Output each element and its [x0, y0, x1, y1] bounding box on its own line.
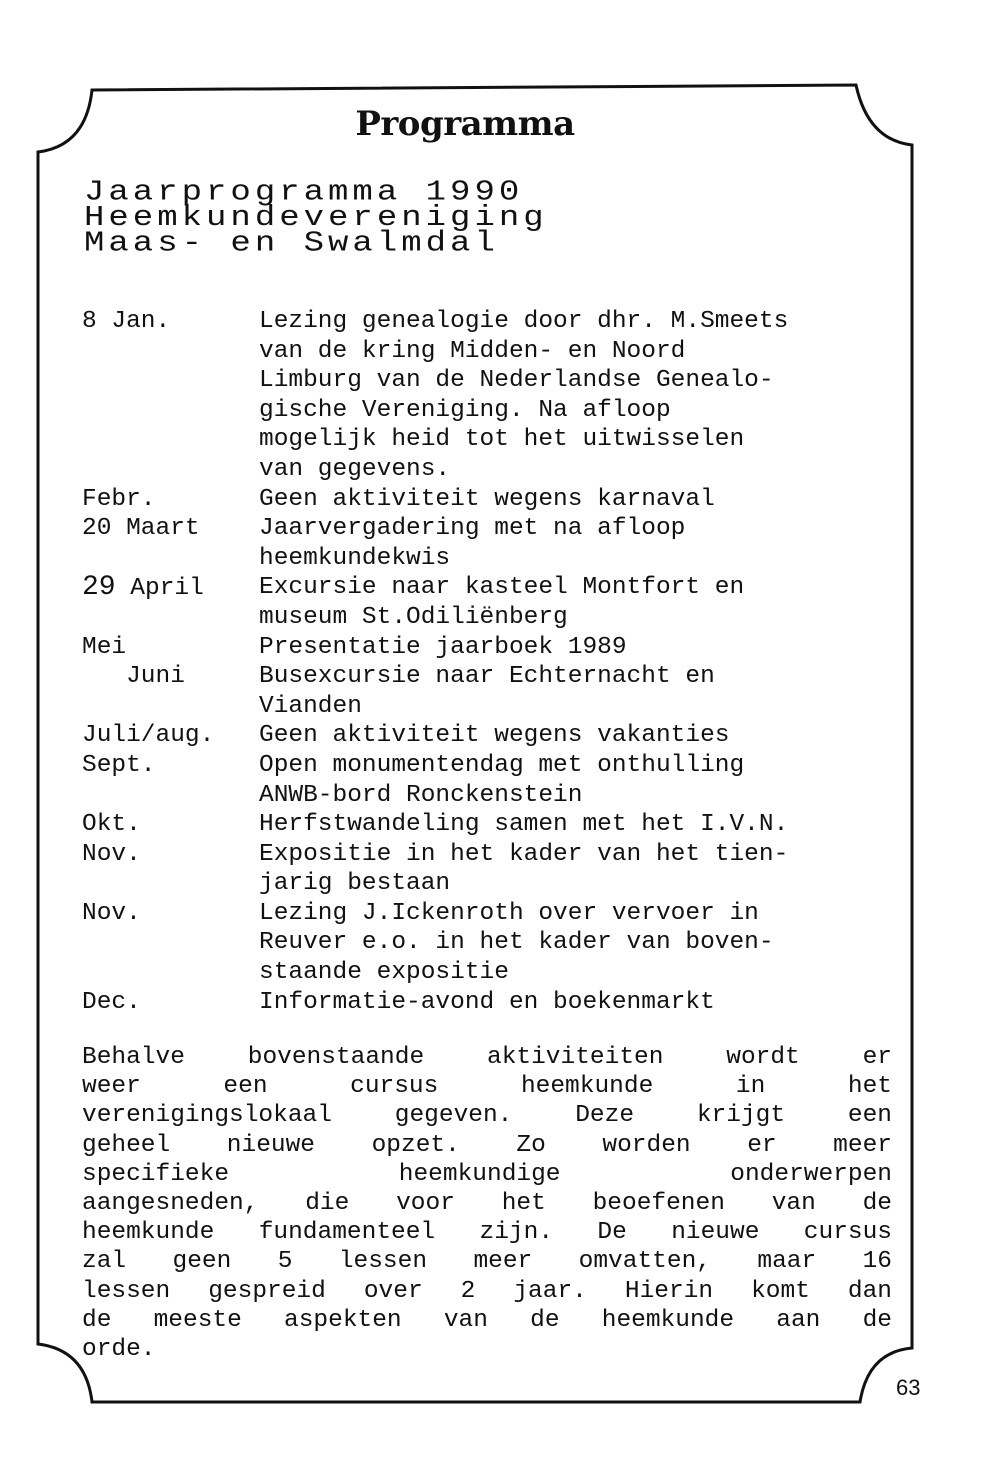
entry-description: Busexcursie naar Echternacht enVianden	[259, 662, 899, 721]
description-line: gische Vereniging. Na afloop	[259, 396, 899, 426]
description-line: Informatie-avond en boekenmarkt	[259, 988, 899, 1018]
description-line: staande expositie	[259, 958, 899, 988]
entry-description: Geen aktiviteit wegens vakanties	[259, 721, 899, 751]
program-entry: Nov.Lezing J.Ickenroth over vervoer inRe…	[82, 899, 899, 988]
entry-date: Nov.	[82, 899, 259, 988]
entry-description: Excursie naar kasteel Montfort enmuseum …	[259, 573, 899, 632]
paragraph-line: specifieke heemkundige onderwerpen	[82, 1160, 892, 1189]
entry-description: Open monumentendag met onthullingANWB-bo…	[259, 751, 899, 810]
entry-date: 20 Maart	[82, 514, 259, 573]
entry-date-text: Nov.	[82, 900, 141, 927]
entry-date: Nov.	[82, 840, 259, 899]
program-entry: 29 AprilExcursie naar kasteel Montfort e…	[82, 573, 899, 632]
entry-description: Presentatie jaarboek 1989	[259, 633, 899, 663]
entry-date: Sept.	[82, 751, 259, 810]
paragraph-line: orde.	[82, 1335, 892, 1364]
program-entry: Sept.Open monumentendag met onthullingAN…	[82, 751, 899, 810]
entry-description: Lezing genealogie door dhr. M.Smeetsvan …	[259, 307, 899, 485]
entry-description: Jaarvergadering met na afloopheemkundekw…	[259, 514, 899, 573]
entry-description: Expositie in het kader van het tien-jari…	[259, 840, 899, 899]
description-line: Geen aktiviteit wegens vakanties	[259, 721, 899, 751]
entry-date-text: Juli/aug.	[82, 722, 214, 749]
description-line: jarig bestaan	[259, 869, 899, 899]
program-entry: Nov.Expositie in het kader van het tien-…	[82, 840, 899, 899]
handwritten-day: 29	[82, 572, 116, 603]
description-line: Lezing genealogie door dhr. M.Smeets	[259, 307, 899, 337]
entry-date-text: Nov.	[82, 841, 141, 868]
description-line: Herfstwandeling samen met het I.V.N.	[259, 810, 899, 840]
course-paragraph: Behalve bovenstaande aktiviteiten wordt …	[82, 1043, 892, 1364]
program-entry: Juli/aug.Geen aktiviteit wegens vakantie…	[82, 721, 899, 751]
paragraph-line: heemkunde fundamenteel zijn. De nieuwe c…	[82, 1218, 892, 1247]
entry-description: Informatie-avond en boekenmarkt	[259, 988, 899, 1018]
entry-date: Juni	[82, 662, 259, 721]
entry-date-text: 20 Maart	[82, 515, 200, 542]
entry-date: Dec.	[82, 988, 259, 1018]
entry-date: Mei	[82, 633, 259, 663]
description-line: Busexcursie naar Echternacht en	[259, 662, 899, 692]
heading-line: Maas- en Swalmdal	[84, 231, 548, 257]
paragraph-line: verenigingslokaal gegeven. Deze krijgt e…	[82, 1101, 892, 1130]
program-entry: Okt.Herfstwandeling samen met het I.V.N.	[82, 810, 899, 840]
entry-date-text: Febr.	[82, 486, 156, 513]
entry-date-text: April	[116, 575, 204, 602]
entry-date: Okt.	[82, 810, 259, 840]
description-line: Expositie in het kader van het tien-	[259, 840, 899, 870]
description-line: ANWB-bord Ronckenstein	[259, 781, 899, 811]
entry-date-text: Dec.	[82, 989, 141, 1016]
entry-date: 8 Jan.	[82, 307, 259, 485]
description-line: museum St.Odiliënberg	[259, 603, 899, 633]
paragraph-line: Behalve bovenstaande aktiviteiten wordt …	[82, 1043, 892, 1072]
description-line: mogelijk heid tot het uitwisselen	[259, 425, 899, 455]
description-line: Limburg van de Nederlandse Genealo-	[259, 366, 899, 396]
paragraph-line: aangesneden, die voor het beoefenen van …	[82, 1189, 892, 1218]
paragraph-line: weer een cursus heemkunde in het	[82, 1072, 892, 1101]
program-entry: 8 Jan.Lezing genealogie door dhr. M.Smee…	[82, 307, 899, 485]
program-list: 8 Jan.Lezing genealogie door dhr. M.Smee…	[82, 307, 899, 1017]
paragraph-line: zal geen 5 lessen meer omvatten, maar 16	[82, 1247, 892, 1276]
entry-date-text: Okt.	[82, 811, 141, 838]
entry-date: Juli/aug.	[82, 721, 259, 751]
program-entry: MeiPresentatie jaarboek 1989	[82, 633, 899, 663]
description-line: Lezing J.Ickenroth over vervoer in	[259, 899, 899, 929]
paragraph-line: geheel nieuwe opzet. Zo worden er meer	[82, 1131, 892, 1160]
description-line: Geen aktiviteit wegens karnaval	[259, 485, 899, 515]
entry-date-text: Sept.	[82, 752, 156, 779]
description-line: van de kring Midden- en Noord	[259, 337, 899, 367]
description-line: Reuver e.o. in het kader van boven-	[259, 928, 899, 958]
description-line: Jaarvergadering met na afloop	[259, 514, 899, 544]
description-line: Open monumentendag met onthulling	[259, 751, 899, 781]
entry-date-text: 8 Jan.	[82, 308, 170, 335]
page-number: 63	[896, 1375, 920, 1401]
entry-date-text: Mei	[82, 634, 126, 661]
description-line: heemkundekwis	[259, 544, 899, 574]
description-line: Vianden	[259, 692, 899, 722]
description-line: Excursie naar kasteel Montfort en	[259, 573, 899, 603]
page-title: Programma	[0, 104, 930, 144]
entry-description: Lezing J.Ickenroth over vervoer inReuver…	[259, 899, 899, 988]
entry-description: Herfstwandeling samen met het I.V.N.	[259, 810, 899, 840]
entry-description: Geen aktiviteit wegens karnaval	[259, 485, 899, 515]
description-line: van gegevens.	[259, 455, 899, 485]
entry-date-text: Juni	[82, 663, 185, 690]
description-line: Presentatie jaarboek 1989	[259, 633, 899, 663]
program-entry: JuniBusexcursie naar Echternacht enViand…	[82, 662, 899, 721]
program-entry: Febr.Geen aktiviteit wegens karnaval	[82, 485, 899, 515]
paragraph-line: de meeste aspekten van de heemkunde aan …	[82, 1306, 892, 1335]
program-entry: Dec.Informatie-avond en boekenmarkt	[82, 988, 899, 1018]
program-heading: Jaarprogramma 1990 Heemkundevereniging M…	[84, 180, 548, 257]
program-entry: 20 MaartJaarvergadering met na afloophee…	[82, 514, 899, 573]
entry-date: 29 April	[82, 573, 259, 632]
paragraph-line: lessen gespreid over 2 jaar. Hierin komt…	[82, 1277, 892, 1306]
entry-date: Febr.	[82, 485, 259, 515]
